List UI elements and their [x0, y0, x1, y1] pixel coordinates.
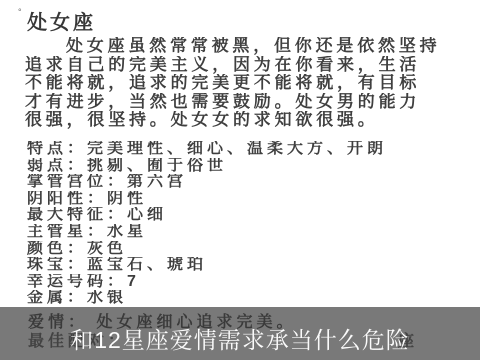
intro-paragraph: 处女座虽然常常被黑，但你还是依然坚持 追求自己的完美主义，因为在你看来，生活 不… — [25, 37, 457, 130]
paragraph-line: 处女座虽然常常被黑，但你还是依然坚持 — [25, 37, 457, 56]
attribute-line-traits: 特点：完美理性、细心、温柔大方、开朗 — [27, 141, 467, 158]
attribute-line-ruling-planet: 主管星：水星 — [27, 224, 467, 241]
paragraph-line: 才有进步，当然也需要鼓励。处女男的能力 — [25, 93, 457, 112]
subtitle-caption: 和12星座爱情需求承当什么危险 — [0, 322, 480, 355]
attribute-line-color: 颜色：灰色 — [27, 241, 467, 258]
paragraph-line: 追求自己的完美主义，因为在你看来，生活 — [25, 56, 457, 75]
page-title: 处女座 — [27, 12, 96, 34]
title-row: ° 处女座 — [18, 6, 96, 35]
attribute-line-house: 掌管宫位：第六宫 — [27, 174, 467, 191]
attribute-line-key-feature: 最大特征：心细 — [27, 207, 467, 224]
paragraph-line: 不能将就，追求的完美更不能将就，有目标 — [25, 74, 457, 93]
caption-band: 爱情： 处女座细心追求完美。 最佳配对： 座 和12星座爱情需求承当什么危险 — [0, 307, 480, 360]
attribute-line-metal: 金属：水银 — [27, 290, 467, 307]
zodiac-info-page: ° 处女座 处女座虽然常常被黑，但你还是依然坚持 追求自己的完美主义，因为在你看… — [0, 0, 480, 360]
attribute-line-polarity: 阴阳性：阴性 — [27, 191, 467, 208]
attribute-line-jewelry: 珠宝：蓝宝石、琥珀 — [27, 257, 467, 274]
attribute-list: 特点：完美理性、细心、温柔大方、开朗 弱点：挑剔、囿于俗世 掌管宫位：第六宫 阴… — [27, 141, 467, 307]
title-mark: ° — [18, 7, 22, 17]
attribute-line-weakness: 弱点：挑剔、囿于俗世 — [27, 158, 467, 175]
paragraph-line: 很强，很坚持。处女女的求知欲很强。 — [25, 111, 457, 130]
attribute-line-lucky-number: 幸运号码：7 — [27, 274, 467, 291]
